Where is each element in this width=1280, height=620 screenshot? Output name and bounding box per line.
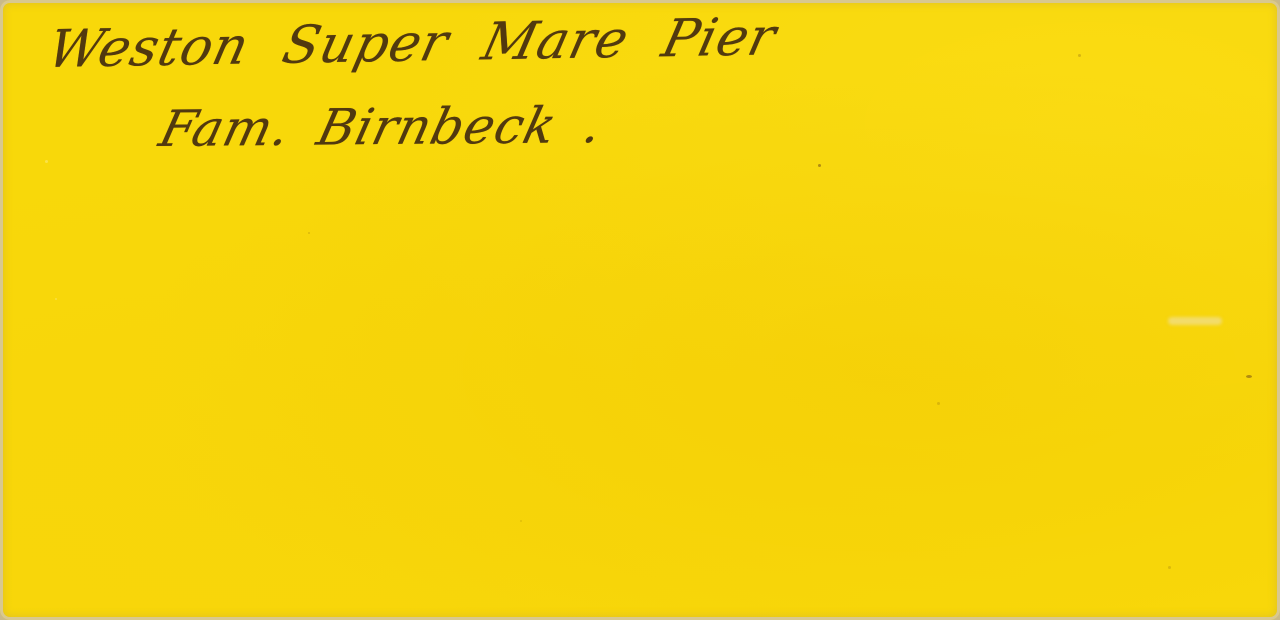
handwritten-caption-subtitle: Fam. Birnbeck . (154, 96, 609, 158)
paper-scuff-mark (1168, 317, 1222, 325)
paper-speckle (1246, 375, 1252, 378)
paper-speckle (818, 164, 821, 167)
paper-speckle (1078, 54, 1081, 57)
paper-speckle (1168, 566, 1171, 569)
stereoview-card-back: Weston Super Mare Pier Fam. Birnbeck . (0, 0, 1280, 620)
paper-speckle (55, 298, 57, 300)
handwritten-caption-title: Weston Super Mare Pier (42, 7, 782, 80)
paper-speckle (45, 160, 48, 163)
paper-speckle (937, 402, 940, 405)
paper-speckle (308, 232, 310, 234)
paper-speckle (520, 520, 522, 522)
